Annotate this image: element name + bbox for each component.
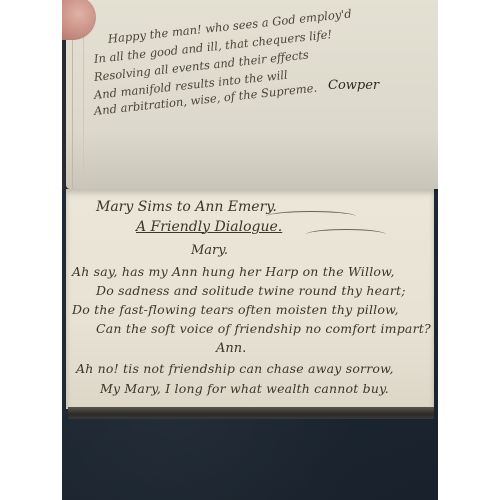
book-back-cover: [68, 407, 434, 419]
poem-line: Can the soft voice of friendship no comf…: [96, 321, 431, 336]
poem-line: Ah no! tis not friendship can chase away…: [76, 361, 394, 376]
speaker-mary: Mary.: [191, 243, 228, 258]
manuscript-photo: Happy the man! who sees a God employ'd I…: [62, 0, 438, 500]
poem-line: Do the fast-flowing tears often moisten …: [72, 302, 399, 317]
lower-page: Mary Sims to Ann Emery. A Friendly Dialo…: [66, 189, 434, 409]
poem-line: My Mary, I long for what wealth cannot b…: [100, 381, 389, 396]
dialogue-subtitle: A Friendly Dialogue.: [136, 219, 282, 235]
speaker-ann: Ann.: [216, 341, 246, 356]
upper-page: Happy the man! who sees a God employ'd I…: [66, 0, 438, 189]
signature-cowper: Cowper: [328, 78, 379, 93]
subtitle-flourish: [306, 229, 386, 240]
poem-line: Ah say, has my Ann hung her Harp on the …: [72, 264, 395, 279]
dialogue-title: Mary Sims to Ann Emery.: [96, 199, 277, 215]
poem-line: Do sadness and solitude twine round thy …: [96, 283, 406, 298]
